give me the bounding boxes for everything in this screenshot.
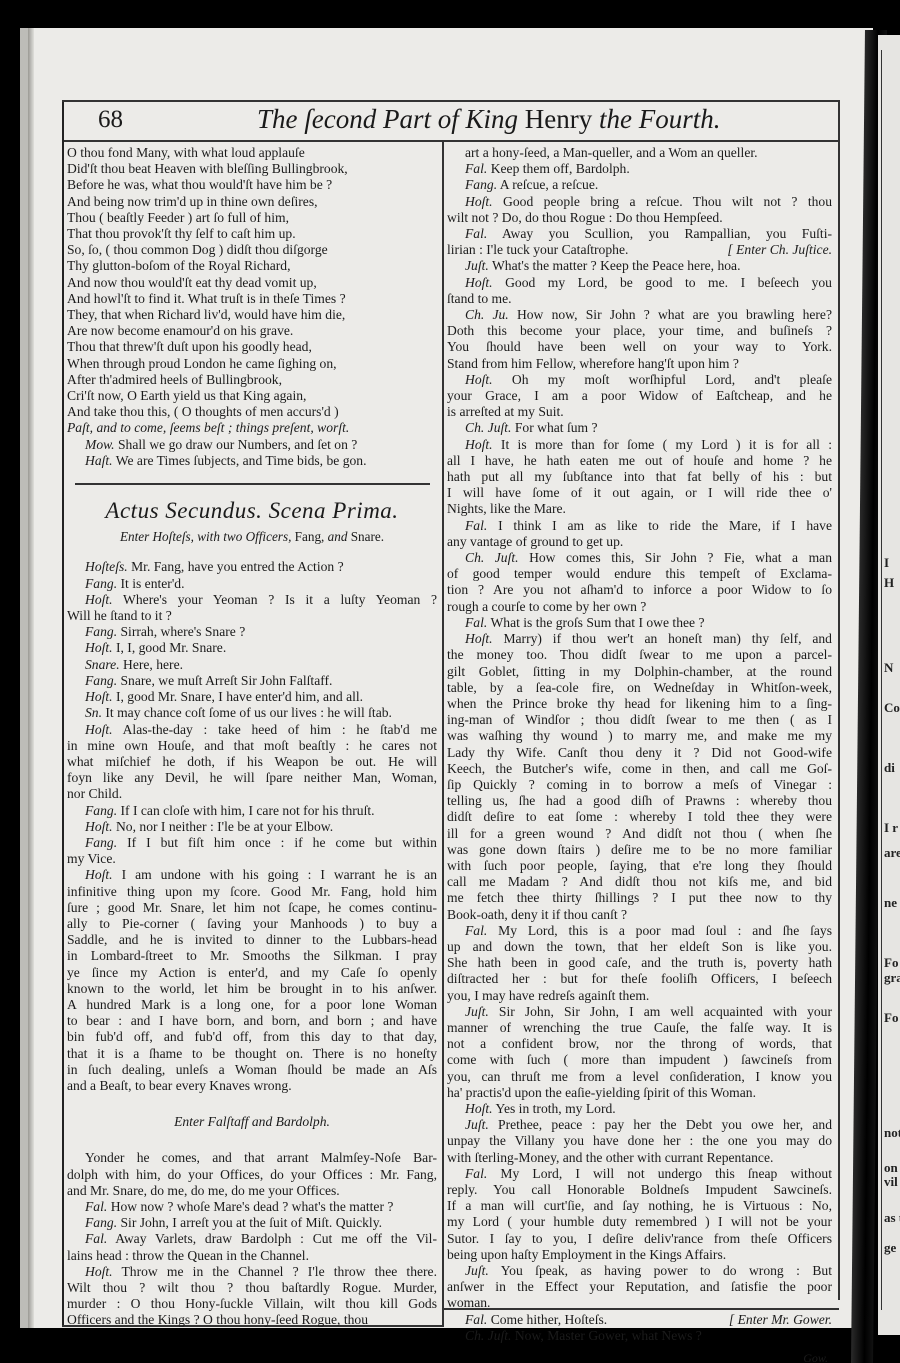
speaker-name: Fal. (465, 923, 487, 938)
speech-line: and a Beaſt, to bear every Knaves wrong. (67, 1078, 437, 1094)
speech-line: Hoſt. Throw me in the Channel ? I'le thr… (67, 1264, 437, 1280)
verse-line: After th'admired heels of Bullingbrook, (67, 372, 437, 388)
speech-line: nor Child. (67, 786, 437, 802)
speech-line: Nights, like the Mare. (447, 501, 832, 517)
adjacent-page-fragment: Fo (884, 955, 898, 971)
speech-line: ill for a green wound ? And didſt not th… (447, 826, 832, 842)
verse-line: And now thou would'ſt eat thy dead vomit… (67, 275, 437, 291)
speech-text: Oh my moſt worſhipful Lord, and't pleaſe (512, 372, 832, 387)
speech-line: Fal. Keep them off, Bardolph. (447, 161, 832, 177)
speech-line: didſt deſire to eat ſome : whereby I tol… (447, 809, 832, 825)
speech-text: ſip Quickly ? coming in to borrow a meſs… (447, 777, 832, 792)
speaker-name: Fang. (85, 673, 117, 688)
speaker-name: Ch. Juſt. (465, 1328, 511, 1343)
speech-text: you, can thruſt me from a level conſider… (447, 1069, 832, 1084)
speech-text: murder : O thou Hony-ſuckle Villain, wil… (67, 1296, 437, 1311)
speech-line: ing-man of Windſor ; thou didſt ſwear to… (447, 712, 832, 728)
speech-line: Fal. My Lord, this is a poor mad ſoul : … (447, 923, 832, 939)
speech-text: Yes in troth, my Lord. (495, 1101, 615, 1116)
speech-line: table, by a ſea-cole fire, on Wedneſday … (447, 680, 832, 696)
speech-text: Alas-the-day : take heed of him : he ſta… (123, 722, 437, 737)
speaker-name: Fang. (85, 835, 117, 850)
right-column: art a hony-ſeed, a Man-queller, and a Wo… (447, 145, 832, 1363)
speech: Hoſt. Oh my moſt worſhipful Lord, and't … (447, 372, 832, 421)
speech-line: was gone down ſtairs ) deſire me to be n… (447, 842, 832, 858)
speech-text: Good people bring a reſcue. Thou wilt no… (503, 194, 832, 209)
speech-text: Saddle, and he is invited to dinner to t… (67, 932, 437, 947)
speaker-name: Fang. (85, 624, 117, 639)
speech-text: when the Prince broke thy head for liken… (447, 696, 832, 711)
speech: Fang. If I but fiſt him once : if he com… (67, 835, 437, 867)
speech-text: Sutor. I ſay to you, I deſire deliv'ranc… (447, 1231, 832, 1246)
speech-line: known to the world, let him be brought i… (67, 981, 437, 997)
speech-text: anſwer in the Effect your Reputation, an… (447, 1279, 832, 1294)
header-rule-bottom (62, 140, 839, 142)
speech: Fal. Keep them off, Bardolph. (447, 161, 832, 177)
dialogue-block-2: Yonder he comes, and that arrant Malmſey… (67, 1150, 437, 1328)
speech-text: You ſhould have been well on your way to… (447, 339, 832, 354)
speech-line: Hoſteſs. Mr. Fang, have you entred the A… (67, 559, 437, 575)
speech-text: my Vice. (67, 851, 116, 866)
speaker-name: Hoſt. (85, 640, 113, 655)
speech: Snare. Here, here. (67, 657, 437, 673)
adjacent-page-fragment: I (884, 555, 889, 571)
speaker-name: Hoſt. (85, 689, 113, 704)
verse-line: Thou that threw'ſt duſt upon his goodly … (67, 339, 437, 355)
speaker-name: Hoſt. (85, 1264, 113, 1279)
speech-line: Saddle, and he is invited to dinner to t… (67, 932, 437, 948)
speech-text: Prethee, peace : pay her the Debt you ow… (498, 1117, 832, 1132)
speech-line: Sn. It may chance coſt ſome of us our li… (67, 705, 437, 721)
speech: Hoſt. I, good Mr. Snare, I have enter'd … (67, 689, 437, 705)
speech: Hoſt. Good my Lord, be good to me. I beſ… (447, 275, 832, 307)
speaker-name: Hoſt. (465, 372, 493, 387)
speech-line: Fal. Away Varlets, draw Bardolph : Cut m… (67, 1231, 437, 1247)
speech-text: Here, here. (123, 657, 183, 672)
speech-line: that it is a ſhame to be thought on. The… (67, 1046, 437, 1062)
speech-line: woman. (447, 1295, 832, 1311)
speech-line: Hoſt. Oh my moſt worſhipful Lord, and't … (447, 372, 832, 388)
speech-text: gilt Goblet, ſitting in my Dolphin-chamb… (447, 664, 832, 679)
speech-text: Where's your Yeoman ? Is it a luſty Yeom… (123, 592, 437, 607)
speech-line: reply. You call Honorable Boldneſs Impud… (447, 1182, 832, 1198)
adjacent-page-fragment: gra (884, 970, 900, 986)
speech-text: We are Times ſubjects, and Time bids, be… (116, 453, 367, 468)
speaker-name: Juſt. (465, 258, 489, 273)
speaker-name: Fal. (465, 1312, 487, 1327)
speech-text: ill for a green wound ? And didſt not th… (447, 826, 832, 841)
speech-text: lains head : throw the Quean in the Chan… (67, 1248, 309, 1263)
speech-line: Hoſt. Alas-the-day : take heed of him : … (67, 722, 437, 738)
speech-text: Officers and the Kings ? O thou hony-ſee… (67, 1312, 368, 1327)
speech-text: It is enter'd. (121, 576, 185, 591)
speech: Fal. Away Varlets, draw Bardolph : Cut m… (67, 1231, 437, 1263)
speech-line: Will he ſtand to it ? (67, 608, 437, 624)
page-edge (28, 28, 34, 1328)
speech-line: Ch. Juſt. Now, Master Gower, what News ? (447, 1328, 832, 1344)
speech-text: wilt not ? Do, do thou Rogue : Do thou H… (447, 210, 723, 225)
speech-text: in ſuch dealing, unleſs a Woman ſhould b… (67, 1062, 437, 1077)
stage-direction-right: [ Enter Mr. Gower. (729, 1312, 832, 1328)
running-title-post: the Fourth. (592, 104, 720, 134)
speech-line: Fang. Snare, we muſt Arreſt Sir John Fal… (67, 673, 437, 689)
speech: Hoſt. Yes in troth, my Lord. (447, 1101, 832, 1117)
speech-text: reply. You call Honorable Boldneſs Impud… (447, 1182, 832, 1197)
speech-text: table, by a ſea-cole fire, on Wedneſday … (447, 680, 832, 695)
frame-left-rule (62, 102, 64, 1327)
speaker-name: Hoſt. (85, 867, 113, 882)
speech-line: in ſuch dealing, unleſs a Woman ſhould b… (67, 1062, 437, 1078)
speaker-name: Fang. (85, 576, 117, 591)
speech-text: art a hony-ſeed, a Man-queller, and a Wo… (465, 145, 758, 160)
speech-text: Will he ſtand to it ? (67, 608, 172, 623)
speech-line: Ch. Juſt. How comes this, Sir John ? Fie… (447, 550, 832, 566)
speech-text: woman. (447, 1295, 490, 1310)
adjacent-page-fragment: H (884, 575, 894, 591)
speech: Fal. I think I am as like to ride the Ma… (447, 518, 832, 550)
speech-line: Juſt. What's the matter ? Keep the Peace… (447, 258, 832, 274)
speech-text: rough a courſe to come by her own ? (447, 599, 646, 614)
speech-text: Good my Lord, be good to me. I beſeech y… (505, 275, 832, 290)
speech-text: to bear : and I have born, and born, and… (67, 1013, 437, 1028)
speech-text: and a Beaſt, to bear every Knaves wrong. (67, 1078, 292, 1093)
speech-line: the money too. Thou didſt ſwear to me up… (447, 647, 832, 663)
speech: Fang. Snare, we muſt Arreſt Sir John Fal… (67, 673, 437, 689)
verse-line: And take thou this, ( O thoughts of men … (67, 404, 437, 420)
speech-line: infinitive thing upon my ſcore. Good Mr.… (67, 884, 437, 900)
speech-text: in Lombard-ſtreet to Mr. Smooths the Sil… (67, 948, 437, 963)
speaker-name: Hoſt. (465, 631, 493, 646)
speech-line: your Grace, I am a poor Widow of Eaſtche… (447, 388, 832, 404)
speech-text: It may chance coſt ſome of us our lives … (105, 705, 392, 720)
speech-text: ſure ; good Mr. Snare, let him not ſcape… (67, 900, 437, 915)
page-number: 68 (98, 106, 123, 134)
speech-line: Hoſt. I am undone with his going : I war… (67, 867, 437, 883)
speech: Fang. If I can cloſe with him, I care no… (67, 803, 437, 819)
act-title: Actus Secundus. Scena Prima. (67, 503, 437, 519)
speaker-name: Mow. (85, 437, 115, 452)
speech-text: A hundred Mark is a long one, for a poor… (67, 997, 437, 1012)
speech-text: I will have ſome of it out again, or I w… (447, 485, 832, 500)
speech-text: How now ? whoſe Mare's dead ? what's the… (111, 1199, 394, 1214)
speech-line: what miſchief he doth, if his Weapon be … (67, 754, 437, 770)
speech-text: Now, Master Gower, what News ? (515, 1328, 702, 1343)
speech-line: I will have ſome of it out again, or I w… (447, 485, 832, 501)
speech-line: hath put all my ſubſtance into that fat … (447, 469, 832, 485)
verse-line: And being now trim'd up in thine own deſ… (67, 194, 437, 210)
speaker-name: Hoſteſs. (85, 559, 128, 574)
speech-text: tion ? Are you not aſham'd to inforce a … (447, 582, 832, 597)
speech-text: Shall we go draw our Numbers, and ſet on… (118, 437, 357, 452)
speech-text: me fetch thee thirty ſhillings ? I put t… (447, 890, 832, 905)
speech-line: dolph with him, do your Offices, do your… (67, 1167, 437, 1183)
speech-text: Sirrah, where's Snare ? (121, 624, 246, 639)
speech: Ch. Juſt. Now, Master Gower, what News ? (447, 1328, 832, 1344)
speech-line: Ch. Juſt. For what ſum ? (447, 420, 832, 436)
speech-text: I, good Mr. Snare, I have enter'd him, a… (116, 689, 363, 704)
speech-text: If I can cloſe with him, I care not for … (121, 803, 375, 818)
speech-line: A hundred Mark is a long one, for a poor… (67, 997, 437, 1013)
speech-text: bin fub'd off, and fub'd off, from this … (67, 1029, 437, 1044)
page-header: 68 The ſecond Part of King Henry the Fou… (62, 102, 839, 140)
scene-closing-lines: Mow. Shall we go draw our Numbers, and ſ… (67, 437, 437, 469)
speech-text: infinitive thing upon my ſcore. Good Mr.… (67, 884, 437, 899)
speech-text: Come hither, Hoſteſs. (491, 1312, 608, 1327)
speech: Fang. It is enter'd. (67, 576, 437, 592)
adjacent-page-rule (881, 50, 882, 1310)
speech-line: murder : O thou Hony-ſuckle Villain, wil… (67, 1296, 437, 1312)
speech-text: hath put all my ſubſtance into that fat … (447, 469, 832, 484)
speech: Fal. Come hither, Hoſteſs.[ Enter Mr. Go… (447, 1312, 832, 1328)
speech-text: If a man will curt'ſie, and ſay nothing,… (447, 1198, 832, 1213)
speech-line: Hoſt. Good my Lord, be good to me. I beſ… (447, 275, 832, 291)
speech-text: A reſcue, a reſcue. (500, 177, 599, 192)
speech-line: rough a courſe to come by her own ? (447, 599, 832, 615)
speech-line: art a hony-ſeed, a Man-queller, and a Wo… (447, 145, 832, 161)
speech-text: and Mr. Snare, do me, do me, do me your … (67, 1183, 340, 1198)
speech-line: Fang. Sirrah, where's Snare ? (67, 624, 437, 640)
speech-text: Sir John, I arreſt you at the ſuit of Mi… (121, 1215, 383, 1230)
speech: Hoſt. Where's your Yeoman ? Is it a luſt… (67, 592, 437, 624)
speech-text: ing-man of Windſor ; thou didſt ſwear to… (447, 712, 832, 727)
speech-line: being upon haſty Employment in the Kings… (447, 1247, 832, 1263)
speech-text: Sir John, Sir John, I am well acquainted… (499, 1004, 832, 1019)
stage-direction-right: [ Enter Ch. Juſtice. (727, 242, 832, 258)
speech-text: not a confident brow, nor the throng of … (447, 1036, 832, 1051)
speech: Fal. My Lord, I will not undergo this ſn… (447, 1166, 832, 1263)
verse-line: Are now become enamour'd on his grave. (67, 323, 437, 339)
speech: Ch. Ju. How now, Sir John ? what are you… (447, 307, 832, 372)
speech-line: Stand from him Fellow, wherefore hang'ſt… (447, 356, 832, 372)
speech-line: Hoſt. I, good Mr. Snare, I have enter'd … (67, 689, 437, 705)
verse-line: Paſt, and to come, ſeems beſt ; things p… (67, 420, 437, 436)
speech-text: I am undone with his going : I warrant h… (122, 867, 437, 882)
speech-line: Keech, the Butcher's wife, come in then,… (447, 761, 832, 777)
speech: Sn. It may chance coſt ſome of us our li… (67, 705, 437, 721)
catchword: Gow. (447, 1350, 832, 1363)
speech: Juſt. Sir John, Sir John, I am well acqu… (447, 1004, 832, 1101)
speaker-name: Fal. (465, 161, 487, 176)
speech-text: It is more than for ſome ( my Lord ) it … (501, 437, 832, 452)
speech-line: any vantage of ground to get up. (447, 534, 832, 550)
verse-line: Before he was, what thou would'ſt have h… (67, 177, 437, 193)
speaker-name: Hoſt. (465, 275, 493, 290)
speech-line: my Vice. (67, 851, 437, 867)
speech-line: Ch. Ju. How now, Sir John ? what are you… (447, 307, 832, 323)
running-title-pre: The ſecond Part of King (257, 104, 525, 134)
speaker-name: Hoſt. (85, 819, 113, 834)
speech-line: ye ſince my Action is enter'd, and my Ca… (67, 965, 437, 981)
speech: Fal. What is the groſs Sum that I owe th… (447, 615, 832, 631)
speech-line: Sutor. I ſay to you, I deſire deliv'ranc… (447, 1231, 832, 1247)
verse-line: And howl'ſt to find it. What truſt is in… (67, 291, 437, 307)
speech-text: Doth this become your place, your time, … (447, 323, 832, 338)
verse-line: O thou fond Many, with what loud applauſ… (67, 145, 437, 161)
speech-line: Hoſt. I, I, good Mr. Snare. (67, 640, 437, 656)
verse-line: They, that when Richard liv'd, would hav… (67, 307, 437, 323)
adjacent-page-fragment: I r (884, 820, 898, 836)
speech-text: ſtand to me. (447, 291, 512, 306)
speech-text: Lady thy Wife. Canſt thou deny it ? Did … (447, 745, 832, 760)
speaker-name: Hoſt. (85, 592, 113, 607)
speech-text: nor Child. (67, 786, 122, 801)
speech-line: Wilt thou ? wilt thou ? thou baſtardly R… (67, 1280, 437, 1296)
speech-line: ſure ; good Mr. Snare, let him not ſcape… (67, 900, 437, 916)
speech-text: what miſchief he doth, if his Weapon be … (67, 754, 437, 769)
speaker-name: Haſt. (85, 453, 113, 468)
stage-direction-enter: Enter Falſtaff and Bardolph. (67, 1114, 437, 1130)
speech-text: Away Varlets, draw Bardolph : Cut me off… (115, 1231, 437, 1246)
speech: Fang. A reſcue, a reſcue. (447, 177, 832, 193)
speech-line: ally to Pie-corner ( ſaving your Manhood… (67, 916, 437, 932)
speech-line: ſtand to me. (447, 291, 832, 307)
verse-block: O thou fond Many, with what loud applauſ… (67, 145, 437, 437)
speech-line: tion ? Are you not aſham'd to inforce a … (447, 582, 832, 598)
speaker-name: Fang. (85, 1215, 117, 1230)
speech-line: Book-oath, deny it if thou canſt ? (447, 907, 832, 923)
entry-and: and (328, 529, 348, 544)
speech-text: you, I may have redreſs againſt them. (447, 988, 649, 1003)
adjacent-page-fragment: di (884, 760, 895, 776)
speech-text: was gone down ſtairs ) deſire me to be n… (447, 842, 832, 857)
speech-line: Haſt. We are Times ſubjects, and Time bi… (67, 453, 437, 469)
entry-name-fang: Fang, (291, 529, 327, 544)
adjacent-page: IHNCodiI rareneFograFonotonvilas tge (878, 35, 900, 1335)
speaker-name: Snare. (85, 657, 120, 672)
speech-text: Snare, we muſt Arreſt Sir John Falſtaff. (121, 673, 333, 688)
speech-line: Mow. Shall we go draw our Numbers, and ſ… (67, 437, 437, 453)
entry-name-snare: Snare. (347, 529, 384, 544)
speech-text: Nights, like the Mare. (447, 501, 566, 516)
speech-line: is arreſted at my Suit. (447, 404, 832, 420)
speech-text: manner of wrenching the true Cauſe, the … (447, 1020, 832, 1035)
speech: Hoſt. I, I, good Mr. Snare. (67, 640, 437, 656)
speech-line: Fal. My Lord, I will not undergo this ſn… (447, 1166, 832, 1182)
speech-line: and Mr. Snare, do me, do me, do me your … (67, 1183, 437, 1199)
entry-text: Enter Hoſteſs, with two Officers, (120, 529, 291, 544)
adjacent-page-fragment: ge (884, 1240, 896, 1256)
speech-text: lirian : I'le tuck your Cataſtrophe. (447, 242, 628, 257)
speech-text: ha' practis'd upon the eaſie-yielding ſp… (447, 1085, 756, 1100)
speech: Ch. Juſt. How comes this, Sir John ? Fie… (447, 550, 832, 615)
speech-line: Fang. It is enter'd. (67, 576, 437, 592)
speaker-name: Fal. (465, 518, 487, 533)
speech-text: up and down the town, that her eldeſt So… (447, 939, 832, 954)
speech: Hoſt. Good people bring a reſcue. Thou w… (447, 194, 832, 226)
adjacent-page-fragment: Fo (884, 1010, 898, 1026)
speech-text: Mr. Fang, have you entred the Action ? (131, 559, 344, 574)
speech-line: Fang. If I can cloſe with him, I care no… (67, 803, 437, 819)
speaker-name: Fang. (85, 803, 117, 818)
speaker-name: Fal. (85, 1231, 107, 1246)
speech-text: No, nor I neither : I'le be at your Elbo… (116, 819, 333, 834)
speech-text: with ſuch poor people, ſaying, that e're… (447, 858, 832, 873)
speech-line: Hoſt. Marry) if thou wer't an honeſt man… (447, 631, 832, 647)
speech-line: my Lord ( your humble duty remembred ) I… (447, 1214, 832, 1230)
speech: Hoſt. I am undone with his going : I war… (67, 867, 437, 1094)
speech-text: of good temper would endure this tempeſt… (447, 566, 832, 581)
speaker-name: Fal. (465, 1166, 487, 1181)
act-divider-rule (75, 483, 430, 485)
speech-text: I think I am as like to ride the Mare, i… (498, 518, 832, 533)
speech: Fang. Sirrah, where's Snare ? (67, 624, 437, 640)
speech-text: Stand from him Fellow, wherefore hang'ſt… (447, 356, 739, 371)
speech-line: Juſt. Sir John, Sir John, I am well acqu… (447, 1004, 832, 1020)
speech-line: ſip Quickly ? coming in to borrow a meſs… (447, 777, 832, 793)
speech: Juſt. What's the matter ? Keep the Peace… (447, 258, 832, 274)
speech-line: You ſhould have been well on your way to… (447, 339, 832, 355)
speech-text: call me Madam ? And didſt thou not kiſs … (447, 874, 832, 889)
speaker-name: Hoſt. (465, 194, 493, 209)
speech-line: unpay the Villany you have done her : th… (447, 1133, 832, 1149)
speaker-name: Sn. (85, 705, 102, 720)
speech-line: with ſuch poor people, ſaying, that e're… (447, 858, 832, 874)
speech-line: Hoſt. Good people bring a reſcue. Thou w… (447, 194, 832, 210)
adjacent-page-fragment: vil (884, 1174, 898, 1190)
adjacent-page-fragment: Co (884, 700, 900, 716)
speech-line: She hath been in good caſe, and the trut… (447, 955, 832, 971)
speech-text: Book-oath, deny it if thou canſt ? (447, 907, 627, 922)
speech-line: foyn like any Devil, he will ſpare neith… (67, 770, 437, 786)
speech-line: Lady thy Wife. Canſt thou deny it ? Did … (447, 745, 832, 761)
adjacent-page-fragment: N (884, 660, 893, 676)
speech-line: Officers and the Kings ? O thou hony-ſee… (67, 1312, 437, 1328)
speech-text: diſtracted her : but for theſe fooliſh O… (447, 971, 832, 986)
speech-line: Yonder he comes, and that arrant Malmſey… (67, 1150, 437, 1166)
speech-line: all I have, he hath eaten me out of houſ… (447, 453, 832, 469)
speech-line: gilt Goblet, ſitting in my Dolphin-chamb… (447, 664, 832, 680)
speech-line: of good temper would endure this tempeſt… (447, 566, 832, 582)
speech-line: in Lombard-ſtreet to Mr. Smooths the Sil… (67, 948, 437, 964)
speech-text: my Lord ( your humble duty remembred ) I… (447, 1214, 832, 1229)
speech-text: How comes this, Sir John ? Fie, what a m… (529, 550, 832, 565)
speech-text: Away you Scullion, you Rampallian, you F… (502, 226, 832, 241)
speech-line: Doth this become your place, your time, … (447, 323, 832, 339)
speaker-name: Fal. (465, 615, 487, 630)
speech-line: diſtracted her : but for theſe fooliſh O… (447, 971, 832, 987)
speech-line: Fal. What is the groſs Sum that I owe th… (447, 615, 832, 631)
speech-line: ha' practis'd upon the eaſie-yielding ſp… (447, 1085, 832, 1101)
speech-line: was waſhing thy wound ) to marry me, and… (447, 728, 832, 744)
speech-line: Fang. A reſcue, a reſcue. (447, 177, 832, 193)
speech-line: Juſt. Prethee, peace : pay her the Debt … (447, 1117, 832, 1133)
speech-line: Fal. How now ? whoſe Mare's dead ? what'… (67, 1199, 437, 1215)
dialogue-block-1: Hoſteſs. Mr. Fang, have you entred the A… (67, 559, 437, 1094)
speaker-name: Fal. (85, 1199, 107, 1214)
speech-text: is arreſted at my Suit. (447, 404, 564, 419)
speech: Hoſt. Throw me in the Channel ? I'le thr… (67, 1264, 437, 1329)
speech-text: ally to Pie-corner ( ſaving your Manhood… (67, 916, 437, 931)
speech-line: Fang. If I but fiſt him once : if he com… (67, 835, 437, 851)
speech-text: the money too. Thou didſt ſwear to me up… (447, 647, 832, 662)
speech-line: anſwer in the Effect your Reputation, an… (447, 1279, 832, 1295)
speech-text: any vantage of ground to get up. (447, 534, 623, 549)
speech-text: ye ſince my Action is enter'd, and my Ca… (67, 965, 437, 980)
column-divider (442, 142, 444, 1327)
running-title: The ſecond Part of King Henry the Fourth… (257, 104, 720, 135)
speech-line: telling us, ſhe had a good diſh of Prawn… (447, 793, 832, 809)
speech-line: Fang. Sir John, I arreſt you at the ſuit… (67, 1215, 437, 1231)
speech-line: bin fub'd off, and fub'd off, from this … (67, 1029, 437, 1045)
speech-text: Keep them off, Bardolph. (491, 161, 630, 176)
verse-line: Thy glutton-boſom of the Royal Richard, (67, 258, 437, 274)
speech-text: She hath been in good caſe, and the trut… (447, 955, 832, 970)
speech-text: Wilt thou ? wilt thou ? thou baſtardly R… (67, 1280, 437, 1295)
speech-text: My Lord, I will not undergo this ſneap w… (500, 1166, 832, 1181)
speech: Hoſt. Marry) if thou wer't an honeſt man… (447, 631, 832, 923)
speech-text: telling us, ſhe had a good diſh of Prawn… (447, 793, 832, 808)
speech-text: all I have, he hath eaten me out of houſ… (447, 453, 832, 468)
